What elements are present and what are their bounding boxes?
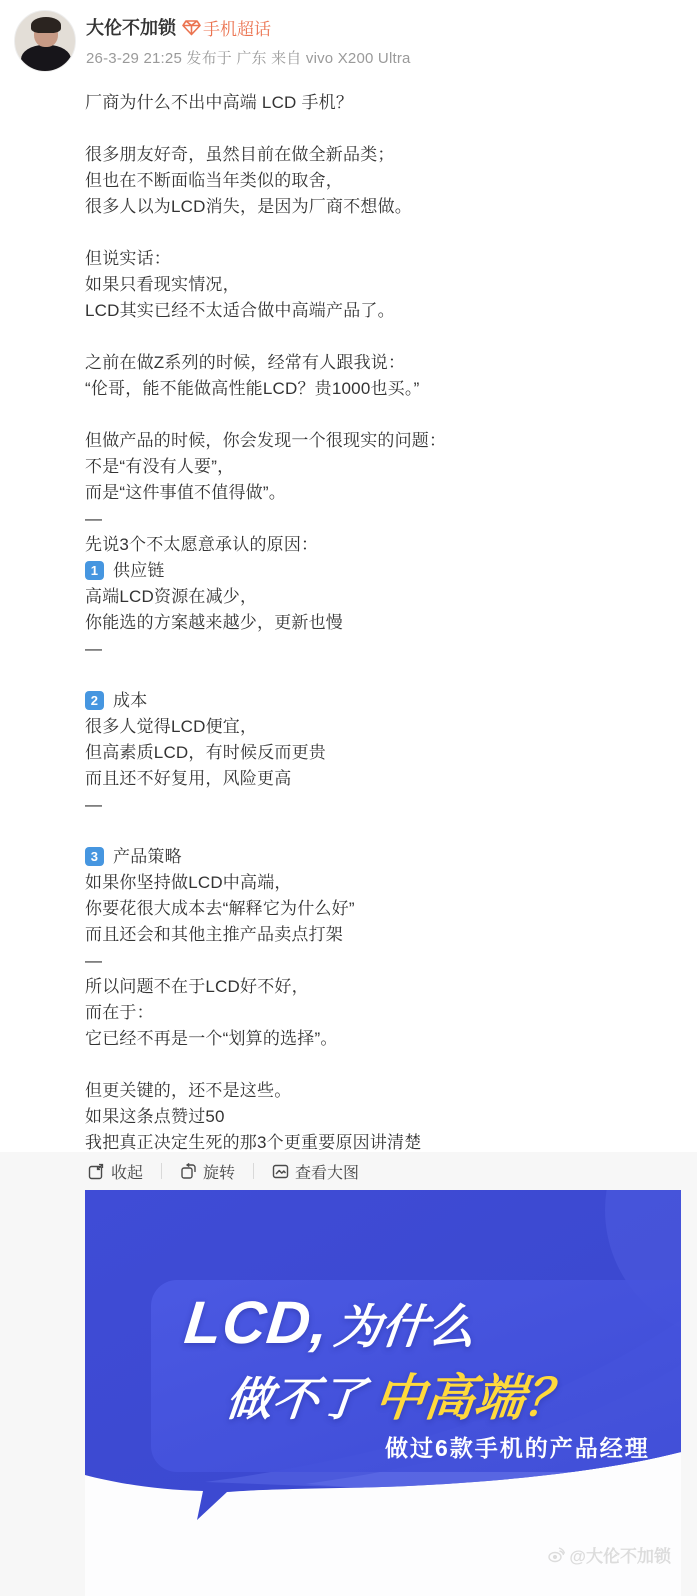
post-line-heading: 2成本 [85, 688, 617, 714]
post-line: — [85, 792, 617, 818]
post-line [85, 818, 617, 844]
post-line: 先说3个不太愿意承认的原因： [85, 532, 617, 558]
post-line: 它已经不再是一个“划算的选择”。 [85, 1026, 617, 1052]
rotate-label: 旋转 [203, 1160, 235, 1183]
post-line: — [85, 948, 617, 974]
post-line: 很多人以为LCD消失，是因为厂商不想做。 [85, 194, 617, 220]
rotate-icon [180, 1163, 197, 1180]
heading-label: 供应链 [113, 561, 165, 580]
post-line [85, 662, 617, 688]
post-header: 大伦不加锁 手机超话 26-3-29 21:25 发布于 广东 来自 vivo … [0, 0, 697, 72]
post-line: 如果你坚持做LCD中高端， [85, 870, 617, 896]
avatar[interactable] [14, 10, 76, 72]
numbered-badge-icon: 2 [85, 691, 104, 710]
numbered-badge-icon: 3 [85, 847, 104, 866]
post-line: 而是“这件事值不值得做”。 [85, 480, 617, 506]
post-line [85, 1052, 617, 1078]
toolbar-divider [253, 1163, 254, 1179]
heading-label: 产品策略 [113, 847, 182, 866]
view-large-button[interactable]: 查看大图 [272, 1160, 359, 1183]
heading-label: 成本 [113, 691, 147, 710]
post-line: 如果这条点赞过50 [85, 1104, 617, 1130]
post-line: — [85, 506, 617, 532]
post-line [85, 220, 617, 246]
supertopic-badge[interactable]: 手机超话 [182, 15, 271, 40]
post-line-heading: 1供应链 [85, 558, 617, 584]
post-image[interactable]: LCD,为什么 做不了中高端？ 做过6款手机的产品经理 @大伦不加锁 [85, 1190, 681, 1596]
post-line: 而且还会和其他主推产品卖点打架 [85, 922, 617, 948]
image-title-highlight: 中高端？ [372, 1370, 578, 1426]
post-line: 很多人觉得LCD便宜， [85, 714, 617, 740]
post-line: 但说实话： [85, 246, 617, 272]
collapse-label: 收起 [111, 1160, 143, 1183]
post-line [85, 116, 617, 142]
image-title-line2: 做不了中高端？ [223, 1358, 579, 1430]
post-line: 所以问题不在于LCD好不好， [85, 974, 617, 1000]
post-line [85, 324, 617, 350]
toolbar-divider [161, 1163, 162, 1179]
post-line-heading: 3产品策略 [85, 844, 617, 870]
weibo-post-page: 大伦不加锁 手机超话 26-3-29 21:25 发布于 广东 来自 vivo … [0, 0, 697, 1596]
collapse-button[interactable]: 收起 [88, 1160, 143, 1183]
weibo-logo-icon [547, 1547, 565, 1563]
post-line: 你能选的方案越来越少，更新也慢 [85, 610, 617, 636]
post-line: 而且还不好复用，风险更高 [85, 766, 617, 792]
supertopic-label: 手机超话 [203, 15, 271, 40]
post-line: 但更关键的，还不是这些。 [85, 1078, 617, 1104]
image-watermark: @大伦不加锁 [547, 1542, 671, 1567]
collapse-icon [88, 1163, 105, 1180]
post-line: 但也在不断面临当年类似的取舍， [85, 168, 617, 194]
view-large-label: 查看大图 [295, 1160, 359, 1183]
post-line: “伦哥，能不能做高性能LCD？贵1000也买。” [85, 376, 617, 402]
supertopic-gem-icon [182, 19, 201, 36]
media-section: 收起 旋转 [0, 1152, 697, 1596]
image-title-line1: LCD,为什么 [181, 1288, 479, 1357]
post-line: LCD其实已经不太适合做中高端产品了。 [85, 298, 617, 324]
post-line: 但做产品的时候，你会发现一个很现实的问题： [85, 428, 617, 454]
post-line: 但高素质LCD，有时候反而更贵 [85, 740, 617, 766]
view-large-icon [272, 1163, 289, 1180]
post-line: 不是“有没有人要”， [85, 454, 617, 480]
post-meta: 26-3-29 21:25 发布于 广东 来自 vivo X200 Ultra [86, 47, 411, 68]
post-line: 厂商为什么不出中高端 LCD 手机？ [85, 90, 617, 116]
image-tagline: 做过6款手机的产品经理 [385, 1430, 650, 1463]
post-line: 高端LCD资源在减少， [85, 584, 617, 610]
rotate-button[interactable]: 旋转 [180, 1160, 235, 1183]
media-toolbar: 收起 旋转 [0, 1152, 697, 1190]
post-line [85, 402, 617, 428]
post-line: 之前在做Z系列的时候，经常有人跟我说： [85, 350, 617, 376]
post-line: 你要花很大成本去“解释它为什么好” [85, 896, 617, 922]
post-line: — [85, 636, 617, 662]
post-line: 很多朋友好奇，虽然目前在做全新品类； [85, 142, 617, 168]
post-body: 厂商为什么不出中高端 LCD 手机？很多朋友好奇，虽然目前在做全新品类；但也在不… [0, 72, 697, 1156]
post-line: 而在于： [85, 1000, 617, 1026]
numbered-badge-icon: 1 [85, 561, 104, 580]
username[interactable]: 大伦不加锁 [86, 14, 176, 40]
post-line: 如果只看现实情况， [85, 272, 617, 298]
image-title-lcd: LCD, [181, 1289, 332, 1356]
